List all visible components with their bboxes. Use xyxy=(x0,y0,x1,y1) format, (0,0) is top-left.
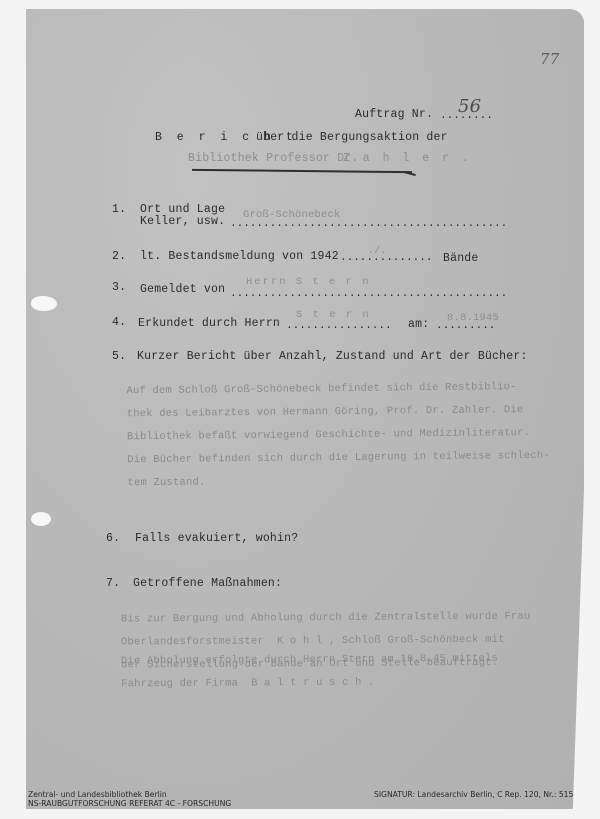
page-number: 77 xyxy=(540,50,560,68)
order-number: 56 xyxy=(458,96,481,117)
report-title-rest: über die Bergungsaktion der xyxy=(256,131,448,144)
footer-institution: Zentral- und Landesbibliothek Berlin xyxy=(28,790,231,799)
item-5-line: tem Zustand. xyxy=(127,473,550,489)
item-4-dots: ................ xyxy=(286,320,392,332)
punch-hole xyxy=(31,512,51,526)
item-7-line: Bis zur Bergung und Abholung durch die Z… xyxy=(121,611,531,625)
item-7-line: Die Abholung erfolgte durch Herrn Stern … xyxy=(121,653,498,667)
item-3-value: Herrn S t e r n xyxy=(246,276,371,288)
footer-signature: SIGNATUR: Landesarchiv Berlin, C Rep. 12… xyxy=(374,790,573,799)
footer-left: Zentral- und Landesbibliothek Berlin NS-… xyxy=(28,790,231,808)
item-2-label: lt. Bestandsmeldung von 1942 xyxy=(140,250,339,263)
item-4-date-dots: ......... xyxy=(436,320,495,332)
item-2-value: ./. xyxy=(368,246,387,257)
item-7-text-2: Die Abholung erfolgte durch Herrn Stern … xyxy=(121,642,498,702)
item-7-line: Fahrzeug der Firma B a l t r u s c h . xyxy=(121,676,498,690)
item-2-number: 2. xyxy=(112,250,126,263)
item-5-line: Die Bücher befinden sich durch die Lager… xyxy=(127,450,550,466)
library-name: Bibliothek Professor Dr. xyxy=(188,152,358,165)
item-5-line: thek des Leibarztes von Hermann Göring, … xyxy=(127,404,550,420)
item-3-number: 3. xyxy=(112,281,126,294)
item-1-number: 1. xyxy=(112,203,126,216)
item-1-dots: ........................................… xyxy=(230,218,507,230)
item-4-number: 4. xyxy=(112,316,126,329)
item-5-text: Auf dem Schloß Groß-Schönebeck befindet … xyxy=(126,370,550,501)
item-6-label: Falls evakuiert, wohin? xyxy=(135,532,298,545)
library-name-zahler: Z a h l e r . xyxy=(343,152,472,165)
item-7-label: Getroffene Maßnahmen: xyxy=(133,577,282,590)
item-4-date-label: am: xyxy=(408,318,429,331)
item-5-label: Kurzer Bericht über Anzahl, Zustand und … xyxy=(137,350,528,363)
item-5-line: Bibliothek befaßt vorwiegend Geschichte-… xyxy=(127,427,550,443)
punch-hole xyxy=(31,296,57,311)
item-3-label: Gemeldet von xyxy=(140,283,225,296)
item-3-dots: ........................................… xyxy=(230,288,507,300)
item-7-number: 7. xyxy=(106,577,120,590)
item-5-line: Auf dem Schloß Groß-Schönebeck befindet … xyxy=(126,381,549,397)
footer-department: NS-RAUBGUTFORSCHUNG REFERAT 4C - FORSCHU… xyxy=(28,799,231,808)
item-5-number: 5. xyxy=(112,350,126,363)
item-4-label: Erkundet durch Herrn xyxy=(138,317,280,330)
item-1-label-2: Keller, usw. xyxy=(140,215,225,228)
item-2-suffix: Bände xyxy=(443,252,479,265)
order-label: Auftrag Nr. xyxy=(355,108,433,121)
item-6-number: 6. xyxy=(106,532,120,545)
